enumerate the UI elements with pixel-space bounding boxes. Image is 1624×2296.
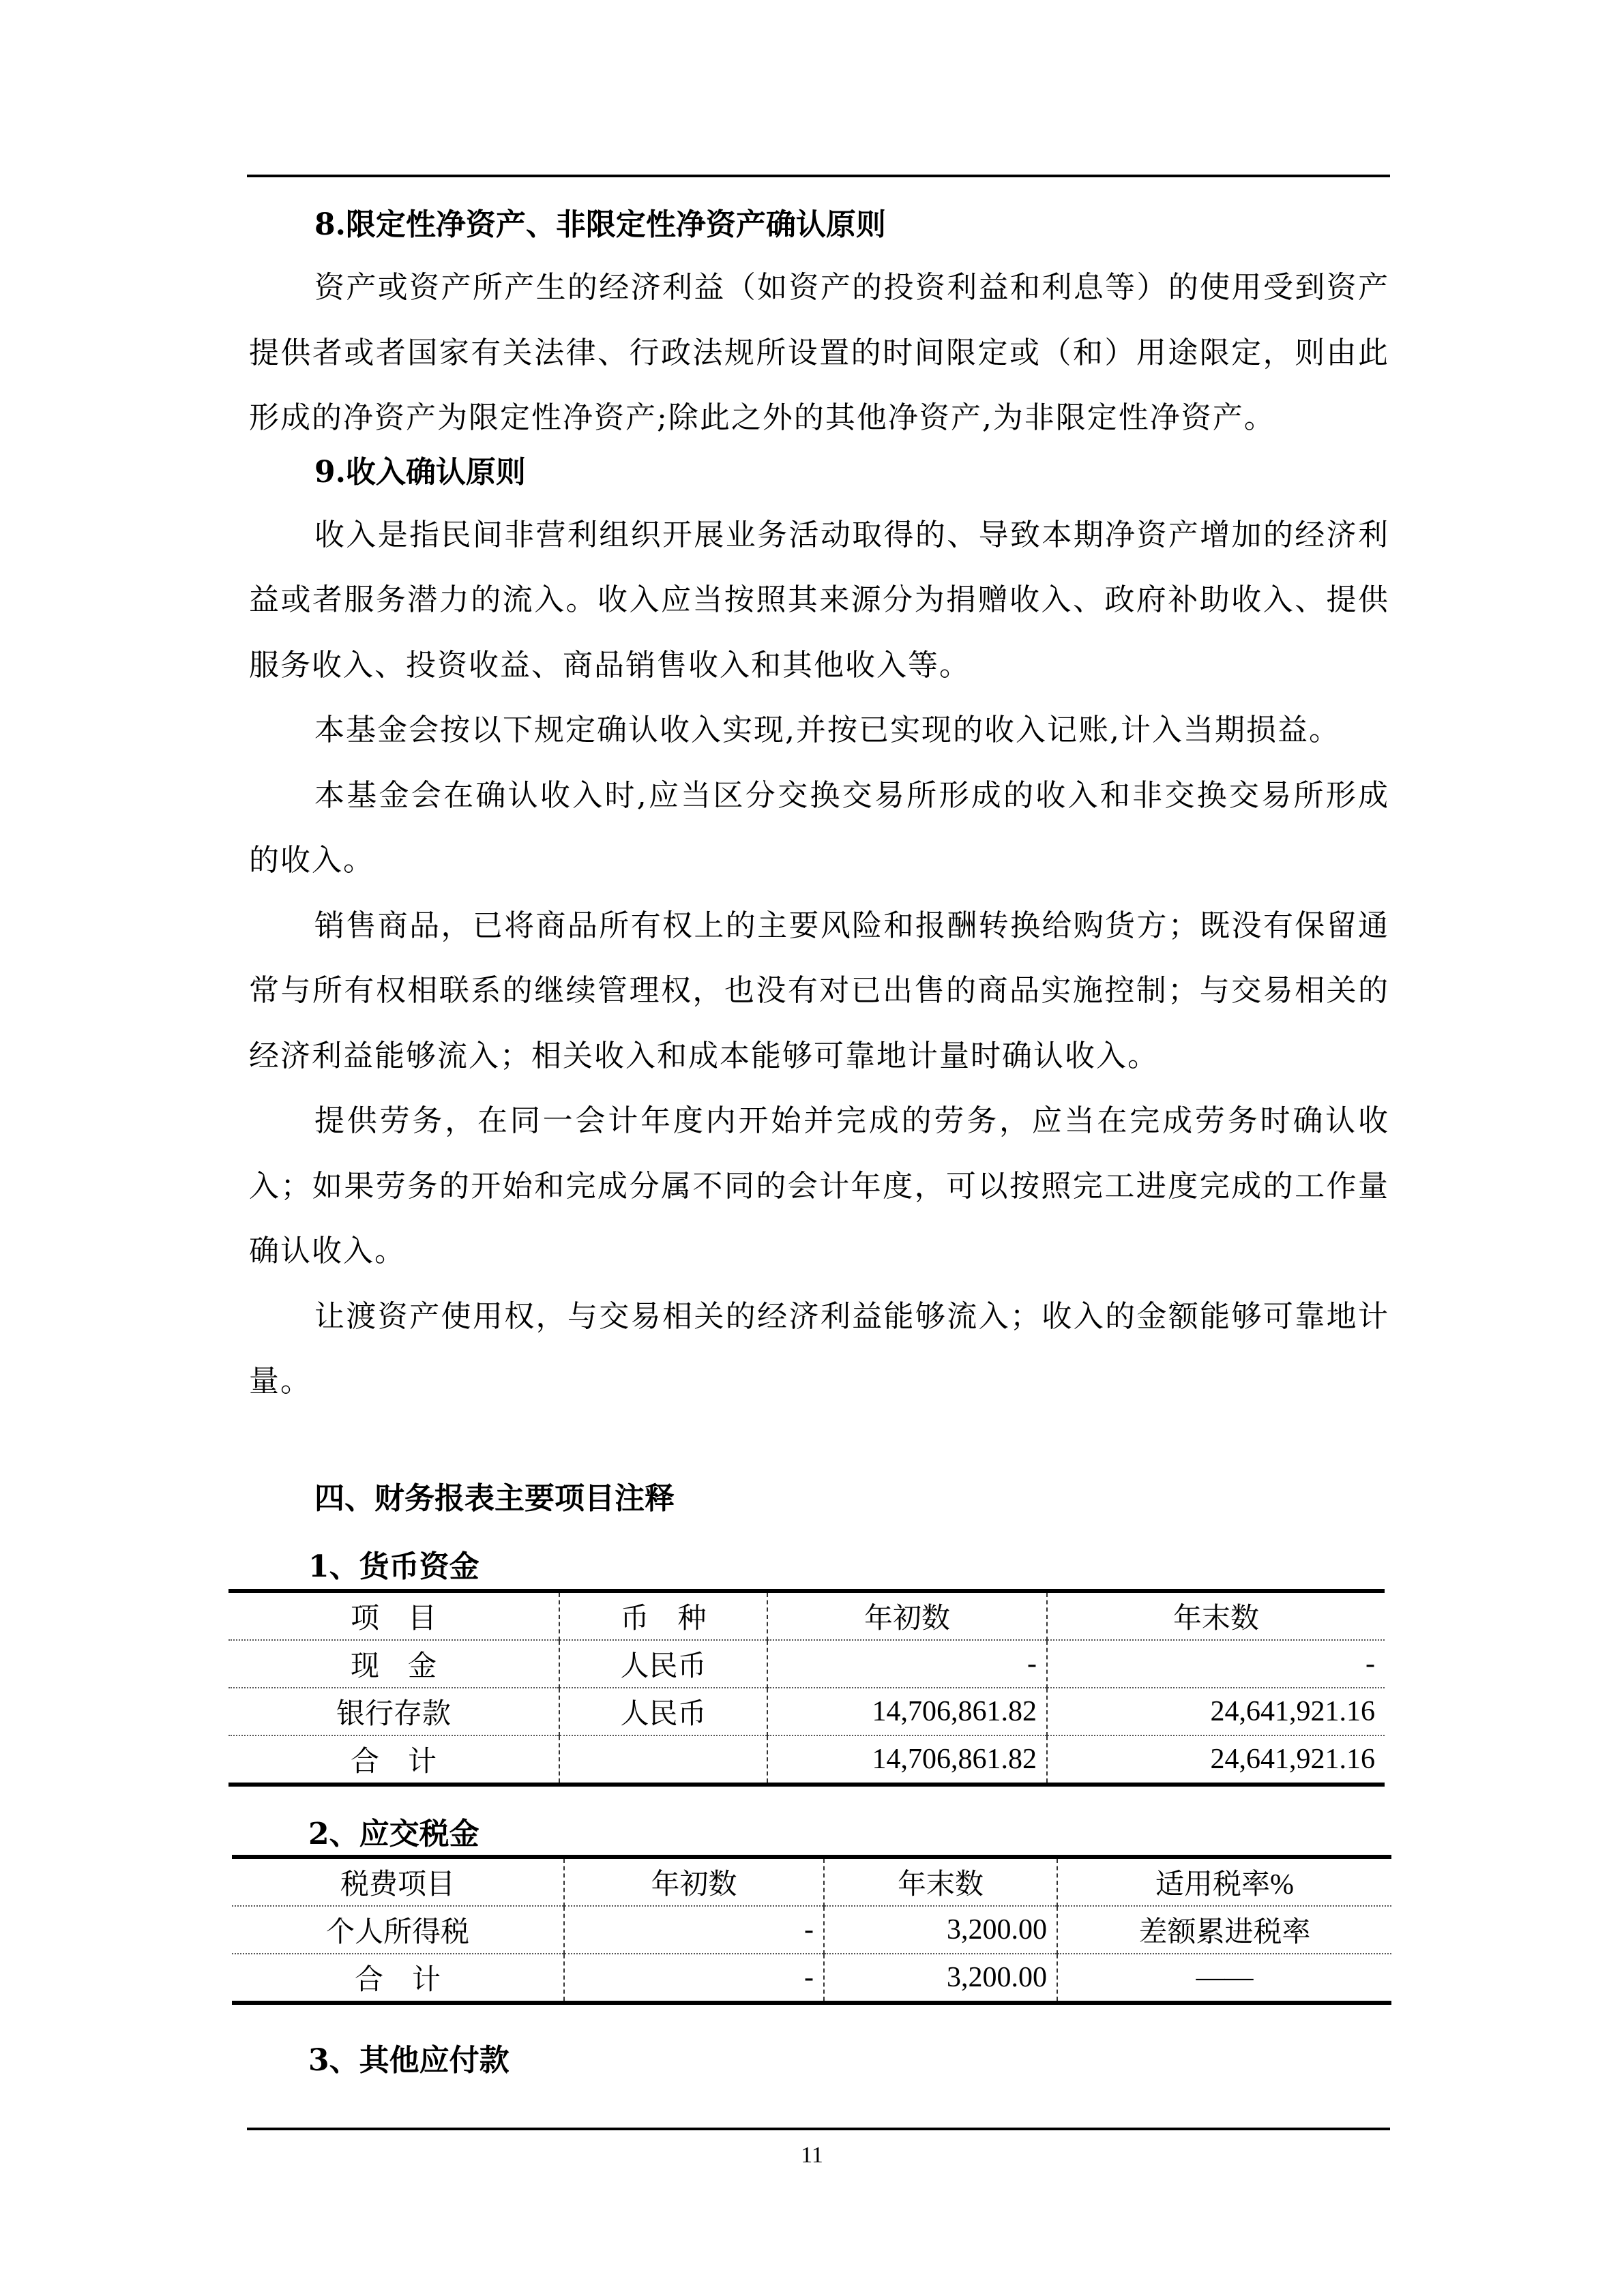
table-row: 银行存款 人民币 14,706,861.82 24,641,921.16 (228, 1688, 1385, 1735)
table-header-cell: 项 目 (228, 1591, 559, 1640)
table-cell: 3,200.00 (824, 1954, 1057, 2003)
footer-rule (247, 2128, 1390, 2130)
table-header-cell: 税费项目 (232, 1857, 564, 1906)
cash-title: 1、货币资金 (308, 1547, 479, 1587)
table-row: 个人所得税 - 3,200.00 差额累进税率 (232, 1906, 1391, 1954)
taxes-table: 税费项目 年初数 年末数 适用税率% 个人所得税 - 3,200.00 差额累进… (232, 1855, 1391, 2005)
section-9-paragraph: 本基金会按以下规定确认收入实现,并按已实现的收入记账,计入当期损益。 (249, 698, 1389, 763)
table-header-cell: 年末数 (824, 1857, 1057, 1906)
document-body: 8.限定性净资产、非限定性净资产确认原则 资产或资产所产生的经济利益（如资产的投… (249, 205, 1389, 1414)
table-cell: 14,706,861.82 (767, 1735, 1047, 1785)
table-cell: —— (1057, 1954, 1391, 2003)
section-8-title: 8.限定性净资产、非限定性净资产确认原则 (249, 205, 1389, 245)
table-cell (559, 1735, 767, 1785)
table-cell: 3,200.00 (824, 1906, 1057, 1954)
section-4-title: 四、财务报表主要项目注释 (314, 1478, 675, 1519)
table-cell: 合 计 (232, 1954, 564, 2003)
table-header-row: 税费项目 年初数 年末数 适用税率% (232, 1857, 1391, 1906)
table-cell: - (767, 1640, 1047, 1688)
table-cell: 现 金 (228, 1640, 559, 1688)
table-cell: 个人所得税 (232, 1906, 564, 1954)
table-cell: 14,706,861.82 (767, 1688, 1047, 1735)
table-header-cell: 年末数 (1047, 1591, 1385, 1640)
cash-table: 项 目 币 种 年初数 年末数 现 金 人民币 - - 银行存款 人民币 14,… (228, 1589, 1385, 1787)
table-cell: 人民币 (559, 1640, 767, 1688)
table-row: 合 计 - 3,200.00 —— (232, 1954, 1391, 2003)
table-row: 现 金 人民币 - - (228, 1640, 1385, 1688)
section-9-paragraph: 提供劳务，在同一会计年度内开始并完成的劳务，应当在完成劳务时确认收入；如果劳务的… (249, 1088, 1389, 1284)
page-number: 11 (0, 2143, 1624, 2168)
table-row: 合 计 14,706,861.82 24,641,921.16 (228, 1735, 1385, 1785)
section-9-title: 9.收入确认原则 (249, 452, 1389, 493)
other-payables-title: 3、其他应付款 (308, 2040, 510, 2081)
table-cell: 24,641,921.16 (1047, 1688, 1385, 1735)
table-cell: 银行存款 (228, 1688, 559, 1735)
table-header-cell: 币 种 (559, 1591, 767, 1640)
header-rule (247, 175, 1390, 177)
table-cell: - (564, 1906, 824, 1954)
table-cell: 合 计 (228, 1735, 559, 1785)
table-header-cell: 适用税率% (1057, 1857, 1391, 1906)
section-8-paragraph: 资产或资产所产生的经济利益（如资产的投资利益和利息等）的使用受到资产提供者或者国… (249, 255, 1389, 451)
table-cell: 差额累进税率 (1057, 1906, 1391, 1954)
section-9-paragraph: 本基金会在确认收入时,应当区分交换交易所形成的收入和非交换交易所形成的收入。 (249, 763, 1389, 893)
table-cell: 人民币 (559, 1688, 767, 1735)
taxes-title: 2、应交税金 (308, 1814, 479, 1855)
section-9-paragraph: 销售商品，已将商品所有权上的主要风险和报酬转换给购货方；既没有保留通常与所有权相… (249, 893, 1389, 1089)
section-9-paragraph: 让渡资产使用权，与交易相关的经济利益能够流入；收入的金额能够可靠地计量。 (249, 1284, 1389, 1414)
table-cell: 24,641,921.16 (1047, 1735, 1385, 1785)
table-header-cell: 年初数 (564, 1857, 824, 1906)
section-9-paragraph: 收入是指民间非营利组织开展业务活动取得的、导致本期净资产增加的经济利益或者服务潜… (249, 503, 1389, 698)
table-header-row: 项 目 币 种 年初数 年末数 (228, 1591, 1385, 1640)
table-cell: - (1047, 1640, 1385, 1688)
table-cell: - (564, 1954, 824, 2003)
table-header-cell: 年初数 (767, 1591, 1047, 1640)
